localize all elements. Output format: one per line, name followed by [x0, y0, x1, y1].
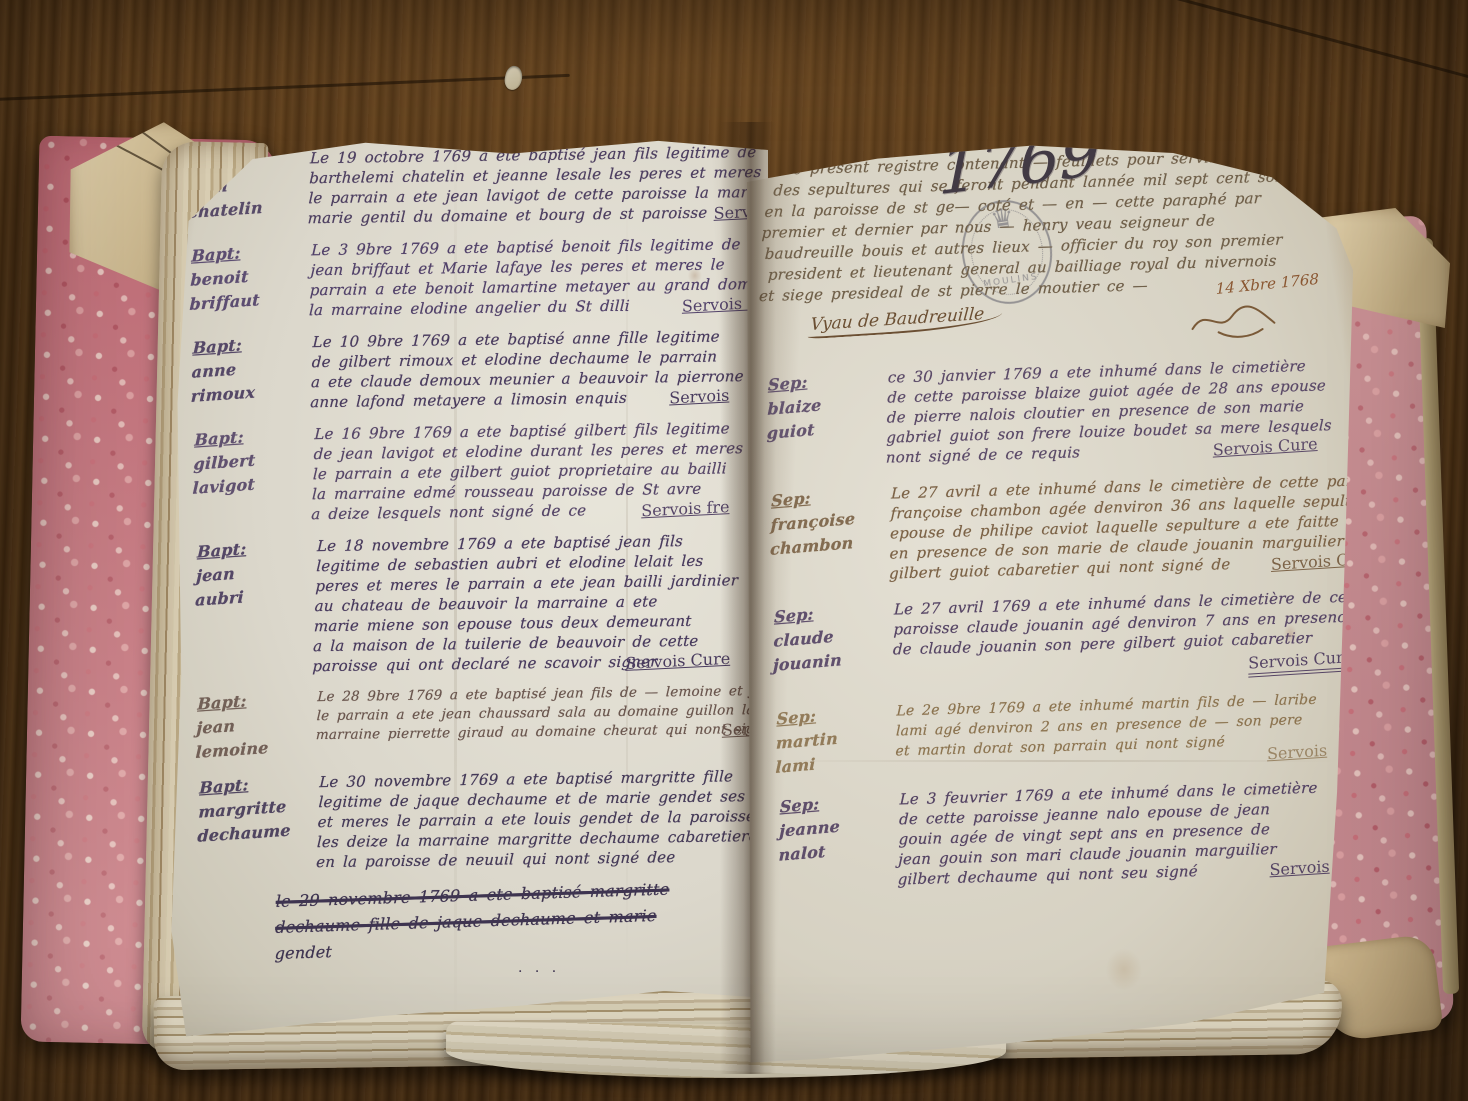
right-page: 1769 ♛ MOULINS 14 Xbre 1768 ce present r…: [742, 140, 1358, 1072]
photo-of-parish-register: { "register": { "year_heading": "1769", …: [0, 0, 1468, 1101]
entry-text: Le 19 octobre 1769 a ete baptisé jean fi…: [307, 141, 790, 228]
paraph-flourish: [1188, 301, 1279, 341]
entry-margin-label: Sep:françoisechambon: [769, 481, 881, 590]
entry-margin-label: Sep:claudejouanin: [772, 597, 884, 692]
entry-text: Le 16 9bre 1769 a ete baptisé gilbert fi…: [311, 418, 747, 524]
register-entry: Bapt:annerimouxLe 10 9bre 1769 a ete bap…: [191, 326, 744, 414]
register-entry: Bapt:jeanaubriLe 18 novembre 1769 a ete …: [194, 530, 748, 678]
open-register-book: Bapt:jeanchatelinLe 19 octobre 1769 a et…: [26, 122, 1442, 1074]
entry-text: Le 3 feuvrier 1769 a ete inhumé dans le …: [897, 777, 1345, 890]
entry-text: ce 30 janvier 1769 a ete inhumé dans le …: [886, 355, 1334, 468]
entry-margin-label: Bapt:jeanaubri: [192, 533, 307, 681]
cure-signature: Servois: [669, 385, 743, 409]
entry-margin-label: Bapt:jeanlemoine: [195, 685, 308, 765]
entry-text: Le 18 novembre 1769 a ete baptisé jean f…: [312, 530, 749, 676]
register-entry: Sep:blaizeguiotce 30 janvier 1769 a ete …: [766, 355, 1335, 471]
entry-margin-label: Bapt:margrittedechaume: [196, 769, 310, 877]
entry-margin-label: Sep:martinlami: [775, 699, 886, 780]
register-entry: Sep:claudejouaninLe 27 avril 1769 a ete …: [772, 587, 1340, 689]
entry-margin-label: Bapt:annerimoux: [190, 329, 303, 417]
header-signature: Vyau de Baudreuille: [807, 303, 1002, 339]
struck-out-entry: le 29 novembre 1769 a ete baptisé margri…: [274, 874, 751, 967]
entry-margin-label: Bapt:gilbertlavigot: [191, 421, 305, 529]
register-entry: Sep:martinlamiLe 2e 9bre 1769 a ete inhu…: [775, 689, 1343, 777]
entry-list: Sep:blaizeguiotce 30 janvier 1769 a ete …: [766, 355, 1346, 893]
wood-chip: [502, 64, 524, 91]
entry-text: Le 27 avril 1769 a ete inhumé dans le ci…: [892, 586, 1369, 685]
register-entry: Sep:françoisechambonLe 27 avril a ete in…: [769, 471, 1338, 587]
burial-entries: 14 Xbre 1768 ce present registre contena…: [760, 144, 1347, 909]
entry-margin-label: Sep:jeannenalot: [778, 787, 890, 896]
header-signature-row: Vyau de Baudreuille: [808, 297, 1325, 351]
register-entry: Bapt:margrittedechaumeLe 30 novembre 176…: [197, 766, 750, 874]
register-entry: Bapt:jeanlemoineLe 28 9bre 1769 a ete ba…: [196, 682, 749, 762]
register-entry: Bapt:benoitbriffautLe 3 9bre 1769 a ete …: [190, 234, 743, 322]
entry-text: Le 2e 9bre 1769 a ete inhumé martin fils…: [895, 689, 1343, 774]
cure-signature: Servois: [1267, 740, 1341, 765]
left-page: Bapt:jeanchatelinLe 19 octobre 1769 a et…: [158, 130, 768, 1040]
entry-margin-label: Bapt:benoitbriffaut: [189, 237, 302, 325]
entry-text: Le 27 avril a ete inhumé dans le cimetiè…: [889, 469, 1393, 583]
register-entry: Sep:jeannenalotLe 3 feuvrier 1769 a ete …: [777, 777, 1346, 893]
entry-text: Le 28 9bre 1769 a ete baptisé jean fils …: [315, 681, 797, 760]
table-plank-seam: [0, 74, 570, 101]
register-entry: Bapt:gilbertlavigotLe 16 9bre 1769 a ete…: [192, 418, 745, 526]
table-plank-seam: [1136, 0, 1468, 85]
baptism-entries: Bapt:jeanchatelinLe 19 octobre 1769 a et…: [188, 142, 751, 964]
entry-text: Le 10 9bre 1769 a ete baptisé anne fille…: [310, 326, 746, 412]
ink-dots: · · ·: [518, 964, 560, 980]
entry-list: Bapt:jeanchatelinLe 19 octobre 1769 a et…: [188, 142, 750, 874]
entry-text: Le 3 9bre 1769 a ete baptisé benoit fils…: [309, 234, 787, 321]
entry-margin-label: Sep:blaizeguiot: [766, 365, 878, 474]
